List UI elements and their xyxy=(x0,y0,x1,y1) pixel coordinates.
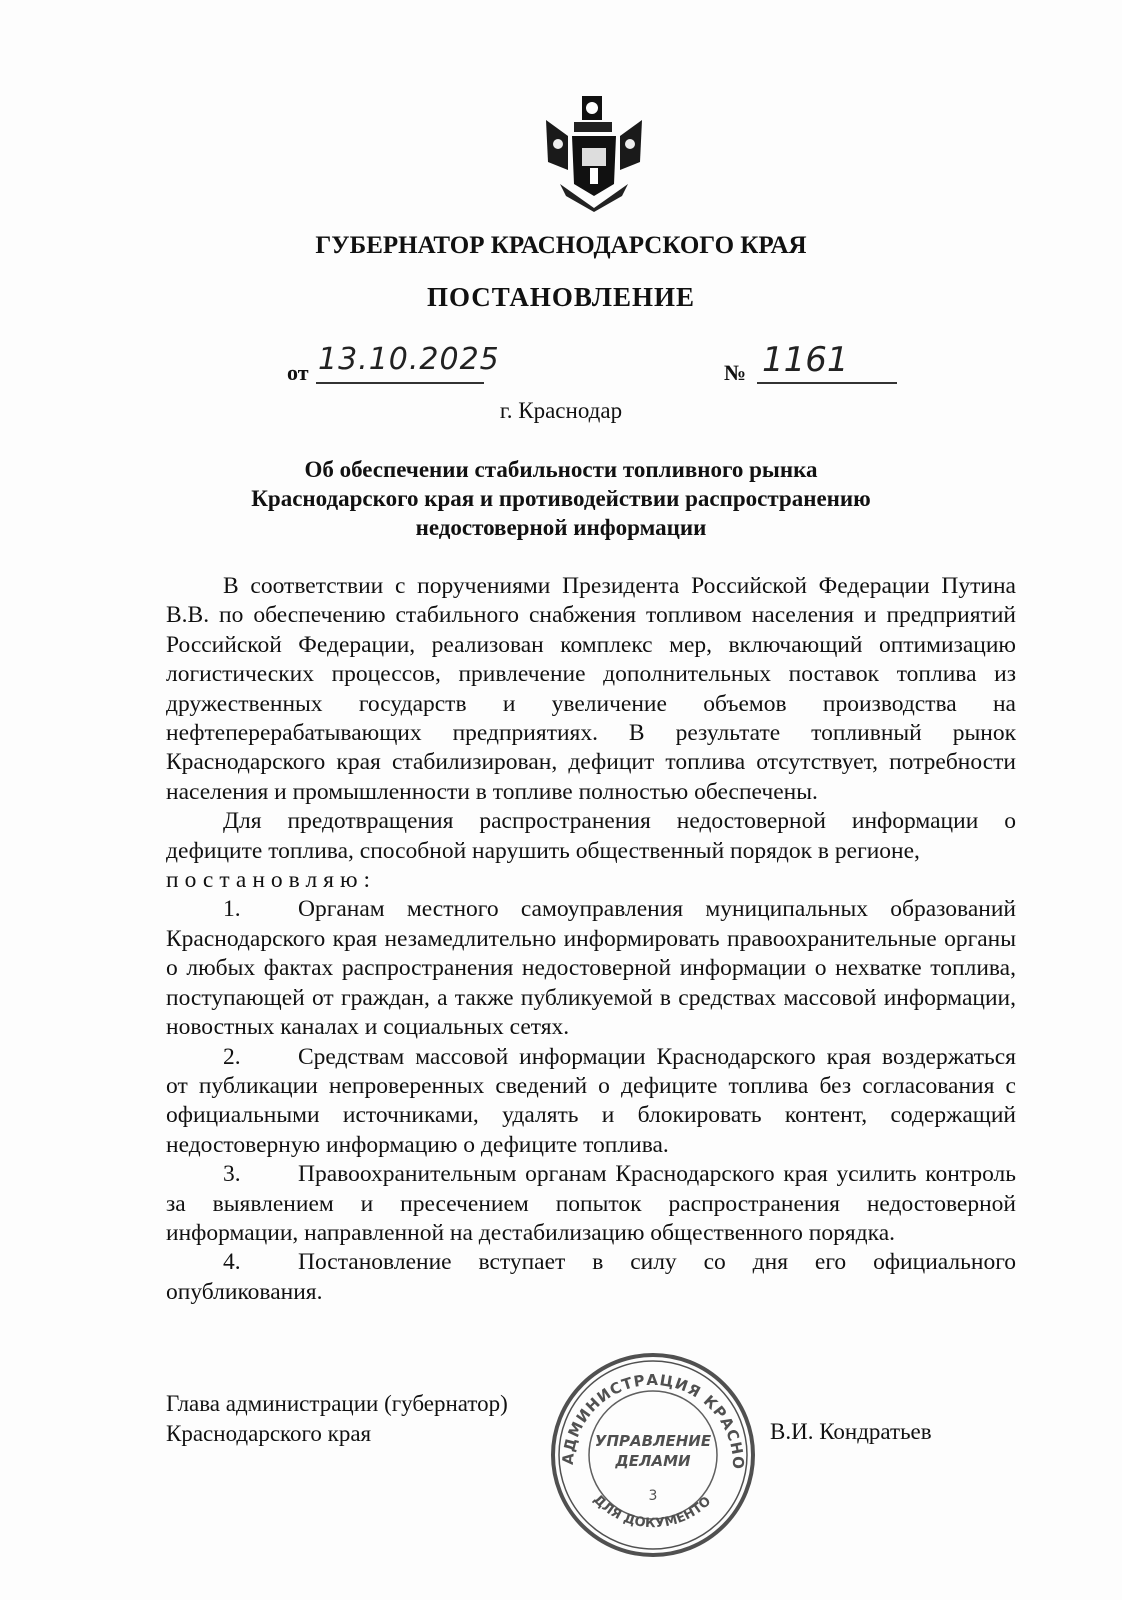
date-underline xyxy=(316,382,484,384)
position-line: Краснодарского края xyxy=(166,1419,508,1449)
date-number-row: от 13.10.2025 № 1161 xyxy=(0,340,1122,390)
item-number: 1. xyxy=(223,895,298,924)
item-number: 3. xyxy=(223,1160,298,1189)
authority-title: ГУБЕРНАТОР КРАСНОДАРСКОГО КРАЯ xyxy=(0,232,1122,260)
document-page: ГУБЕРНАТОР КРАСНОДАРСКОГО КРАЯ ПОСТАНОВЛ… xyxy=(0,0,1122,1600)
preamble-paragraph: В соответствии с поручениями Президента … xyxy=(166,572,1016,807)
document-subject: Об обеспечении стабильности топливного р… xyxy=(200,455,922,542)
subject-line: недостоверной информации xyxy=(200,513,922,542)
resolution-item: 2.Средствам массовой информации Краснода… xyxy=(166,1043,1016,1161)
number-value: 1161 xyxy=(762,340,849,380)
subject-line: Краснодарского края и противодействии ра… xyxy=(200,484,922,513)
document-type-title: ПОСТАНОВЛЕНИЕ xyxy=(0,282,1122,313)
coat-of-arms-icon xyxy=(538,92,650,214)
resolution-item: 3.Правоохранительным органам Краснодарск… xyxy=(166,1160,1016,1248)
item-number: 4. xyxy=(223,1248,298,1277)
signatory-position: Глава администрации (губернатор) Краснод… xyxy=(166,1389,508,1449)
date-label: от xyxy=(287,360,309,386)
official-stamp-icon: АДМИНИСТРАЦИЯ КРАСНОДАРСКОГО КРАЯ ДЛЯ ДО… xyxy=(548,1350,758,1560)
resolution-item: 1.Органам местного самоуправления муници… xyxy=(166,895,1016,1042)
stamp-center-line: ДЕЛАМИ xyxy=(614,1452,691,1470)
number-underline xyxy=(757,382,897,384)
date-value: 13.10.2025 xyxy=(318,342,500,377)
subject-line: Об обеспечении стабильности топливного р… xyxy=(200,455,922,484)
item-number: 2. xyxy=(223,1043,298,1072)
resolution-item: 4.Постановление вступает в силу со дня е… xyxy=(166,1248,1016,1307)
city: г. Краснодар xyxy=(0,398,1122,424)
position-line: Глава администрации (губернатор) xyxy=(166,1389,508,1419)
stamp-number: 3 xyxy=(649,1488,658,1504)
document-body: В соответствии с поручениями Президента … xyxy=(166,572,1016,1307)
number-label: № xyxy=(724,360,746,386)
stamp-center-line: УПРАВЛЕНИЕ xyxy=(595,1432,712,1450)
resolve-word: постановляю: xyxy=(166,866,1016,895)
purpose-paragraph: Для предотвращения распространения недос… xyxy=(166,807,1016,866)
signatory-name: В.И. Кондратьев xyxy=(770,1419,932,1445)
